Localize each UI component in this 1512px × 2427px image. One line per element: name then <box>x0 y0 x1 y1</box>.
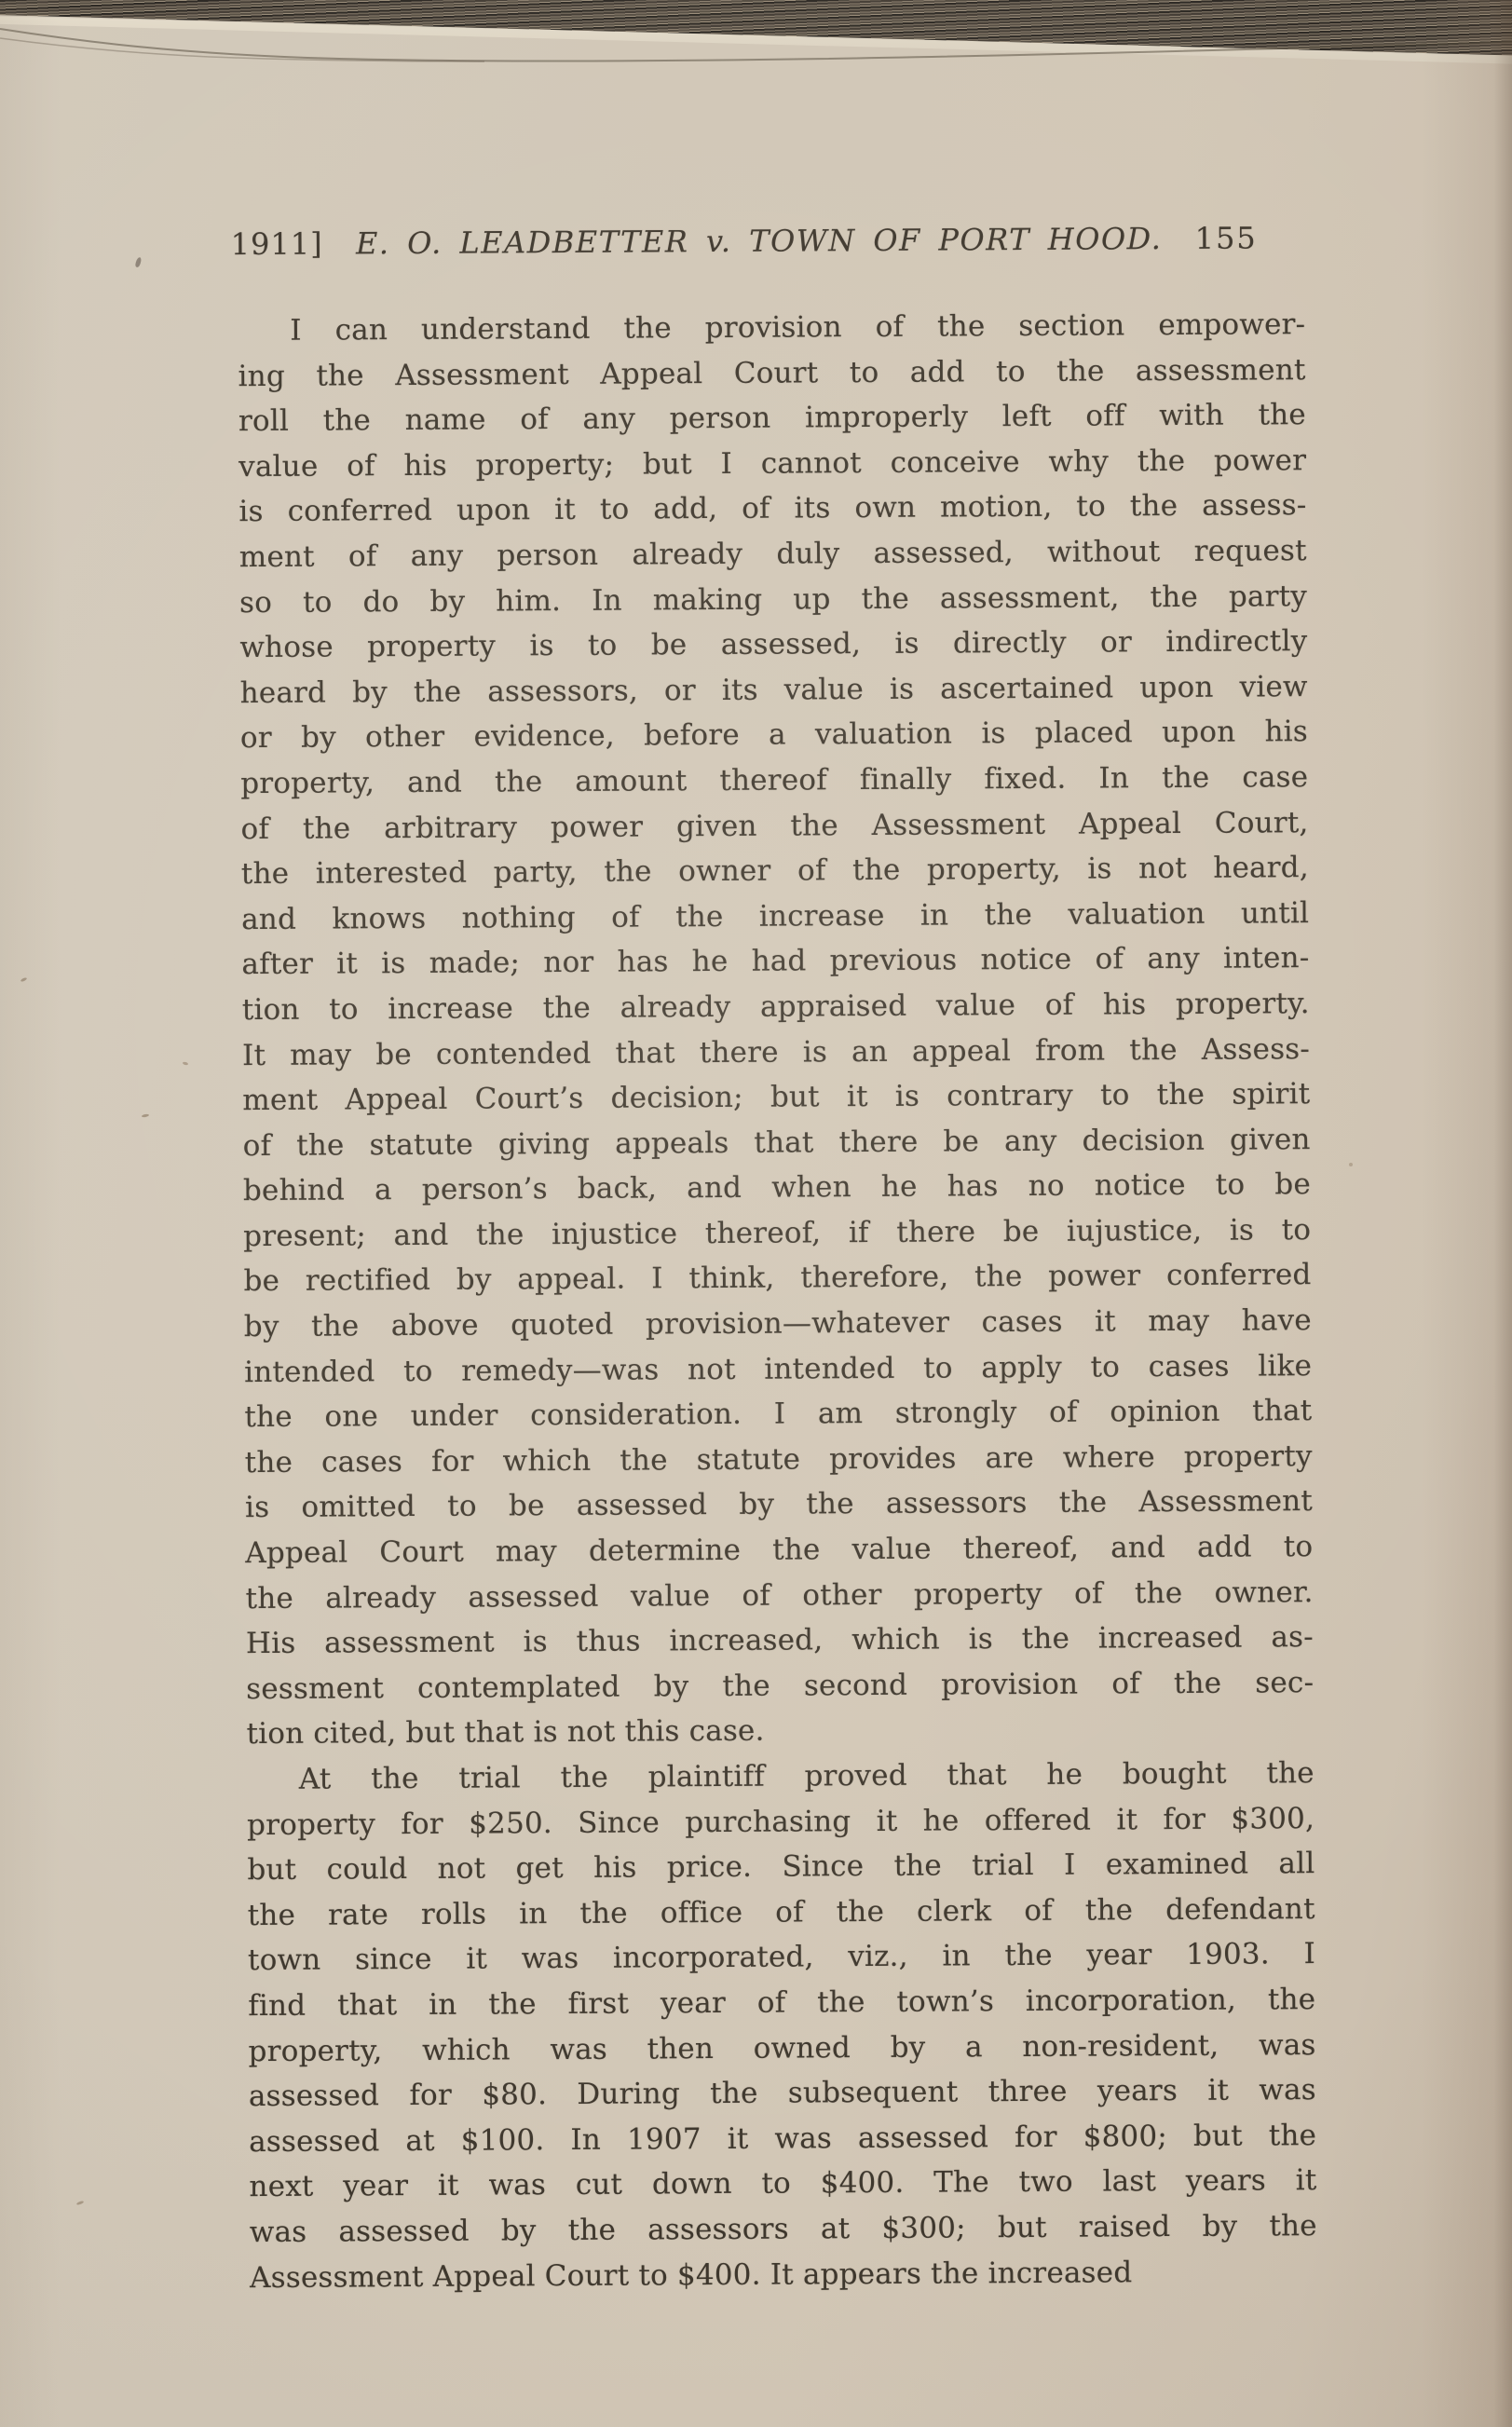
running-head: 1911] E. O. LEADBETTER v. TOWN OF PORT H… <box>231 220 1302 262</box>
judgment-text: I can understand the provision of the se… <box>238 302 1317 2300</box>
text-line: heard by the assessors, or its value is … <box>240 664 1308 716</box>
text-line: of the statute giving appeals that there… <box>243 1117 1311 1169</box>
text-line: the interested party, the owner of the p… <box>241 845 1309 897</box>
page-content: 1911] E. O. LEADBETTER v. TOWN OF PORT H… <box>0 0 1512 2427</box>
text-line: the cases for which the statute provides… <box>245 1434 1313 1486</box>
text-line: Appeal Court may determine the value the… <box>245 1524 1313 1576</box>
text-line: intended to remedy—was not intended to a… <box>244 1343 1312 1396</box>
text-line: present; and the injustice thereof, if t… <box>243 1207 1311 1260</box>
text-line: I can understand the provision of the se… <box>238 302 1305 354</box>
year-label: 1911] <box>231 226 323 263</box>
page-number: 155 <box>1195 220 1258 255</box>
text-line: but could not get his price. Since the t… <box>247 1841 1314 1893</box>
text-line: next year it was cut down to $400. The t… <box>249 2158 1316 2210</box>
text-line: the already assessed value of other prop… <box>245 1570 1313 1622</box>
text-line: ing the Assessment Appeal Court to add t… <box>238 348 1305 400</box>
text-line: the one under consideration. I am strong… <box>244 1388 1312 1440</box>
text-line: is conferred upon it to add, of its own … <box>238 484 1306 536</box>
text-line: by the above quoted provision—whatever c… <box>244 1298 1312 1350</box>
text-line: is omitted to be assessed by the assesso… <box>245 1479 1313 1532</box>
text-line: was assessed by the assessors at $300; b… <box>250 2203 1317 2256</box>
case-title: E. O. LEADBETTER v. TOWN OF PORT HOOD. <box>323 221 1195 262</box>
text-line: find that in the first year of the town’… <box>248 1977 1315 2029</box>
text-line: so to do by him. In making up the assess… <box>239 574 1307 626</box>
text-line: tion cited, but that is not this case. <box>246 1706 1314 1758</box>
text-line: ment of any person already duly assessed… <box>239 528 1307 580</box>
text-line: of the arbitrary power given the Assessm… <box>240 800 1308 852</box>
text-line: sessment contemplated by the second prov… <box>246 1660 1314 1712</box>
text-line: property, and the amount thereof finally… <box>240 755 1308 807</box>
text-line: ment Appeal Court’s decision; but it is … <box>242 1071 1310 1124</box>
text-line: It may be contended that there is an app… <box>242 1027 1310 1079</box>
text-line: whose property is to be assessed, is dir… <box>239 619 1307 671</box>
text-line: property for $250. Since purchasing it h… <box>247 1796 1314 1848</box>
book-page-scan: 1911] E. O. LEADBETTER v. TOWN OF PORT H… <box>0 0 1512 2427</box>
text-line: Assessment Appeal Court to $400. It appe… <box>250 2249 1317 2301</box>
text-line: be rectified by appeal. I think, therefo… <box>243 1253 1311 1305</box>
text-line: assessed for $80. During the subsequent … <box>249 2067 1316 2120</box>
text-line: His assessment is thus increased, which … <box>246 1615 1314 1667</box>
text-line: after it is made; nor has he had previou… <box>241 935 1309 988</box>
text-line: tion to increase the already appraised v… <box>242 981 1310 1033</box>
text-line: roll the name of any person improperly l… <box>238 392 1306 444</box>
text-line: town since it was incorporated, viz., in… <box>248 1931 1315 1984</box>
text-line: or by other evidence, before a valuation… <box>240 709 1308 761</box>
text-line: the rate rolls in the office of the cler… <box>248 1887 1315 1939</box>
text-line: property, which was then owned by a non-… <box>248 2023 1315 2075</box>
text-line: assessed at $100. In 1907 it was assesse… <box>249 2113 1316 2165</box>
text-line: and knows nothing of the increase in the… <box>241 891 1309 943</box>
text-line: value of his property; but I cannot conc… <box>238 438 1306 490</box>
text-line: behind a person’s back, and when he has … <box>243 1162 1311 1214</box>
text-line: At the trial the plaintiff proved that h… <box>247 1751 1314 1803</box>
